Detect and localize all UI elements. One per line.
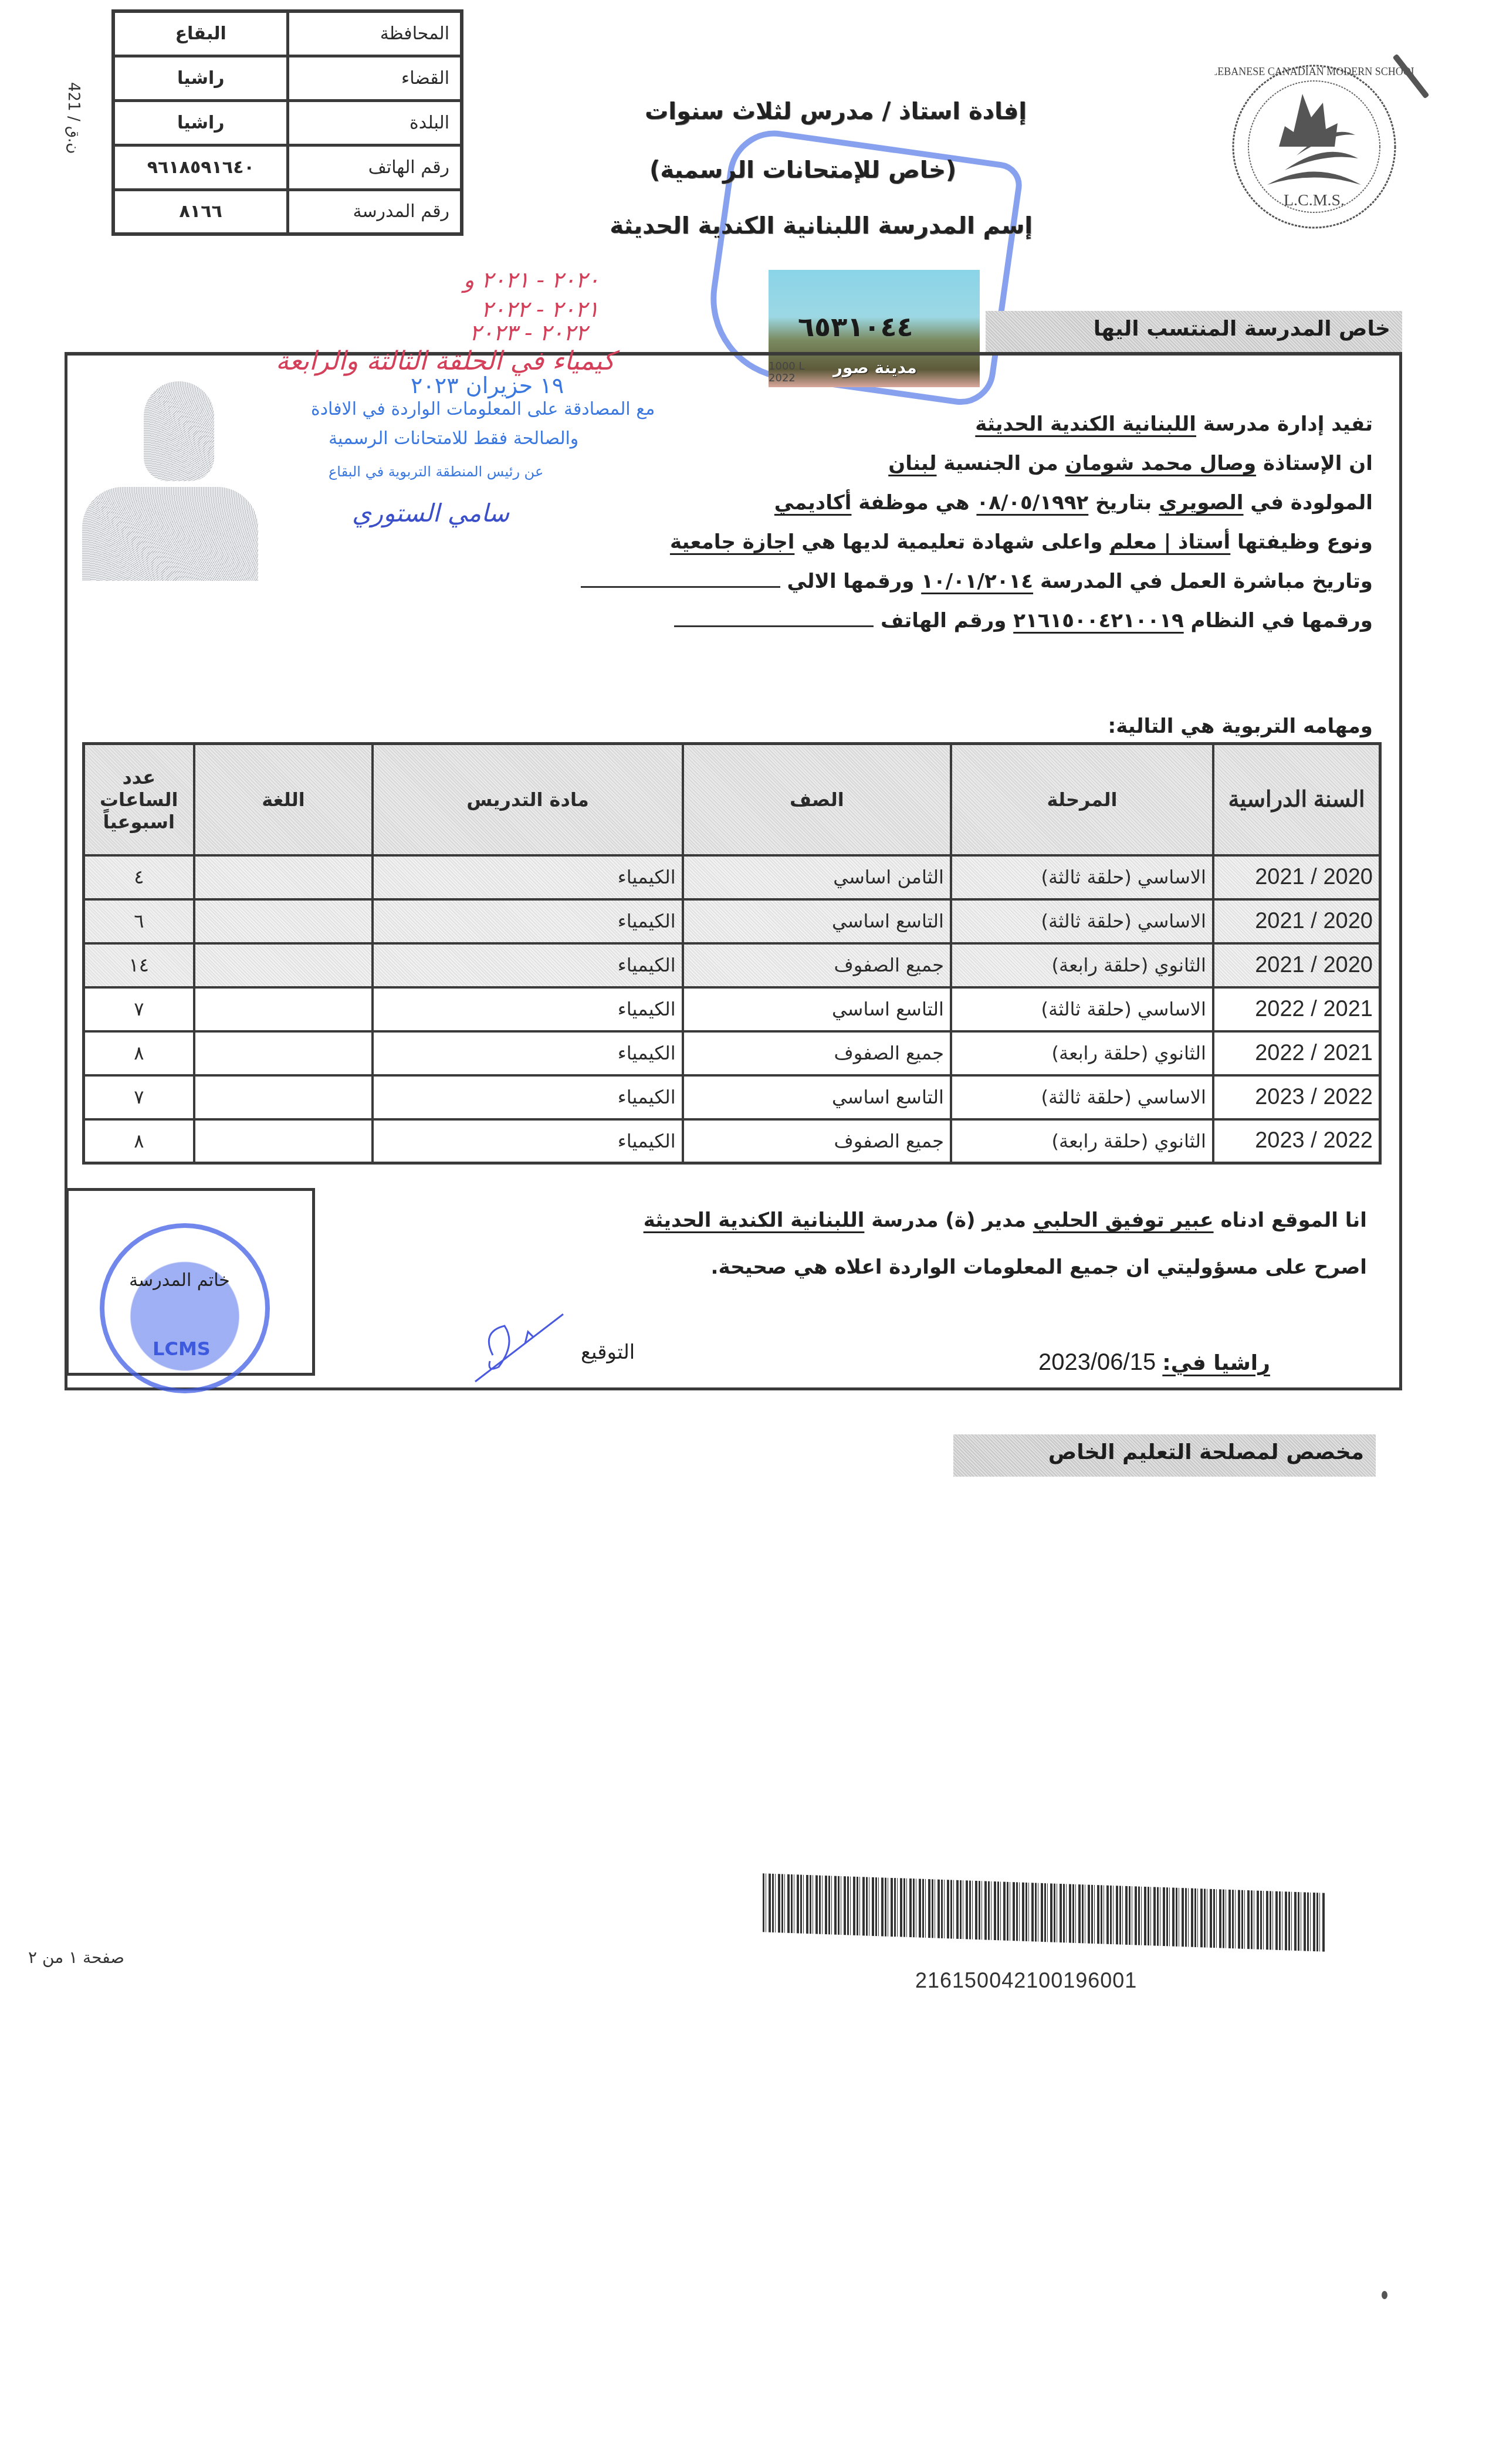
cell-subject: الكيمياء [373, 1075, 682, 1119]
photo-placeholder-head [144, 381, 214, 481]
issue-date: 2023/06/15 [1038, 1349, 1156, 1375]
body-line-1: تفيد إدارة مدرسة اللبنانية الكندية الحدي… [551, 405, 1373, 444]
job-type: أستاذ | معلم [1109, 530, 1230, 554]
barcode-number: 216150042100196001 [915, 1968, 1137, 1993]
title-line-2: (خاص للإمتحانات الرسمية) [649, 158, 956, 182]
cell-stage: الاساسي (حلقة ثالثة) [951, 987, 1213, 1031]
cell-class: التاسع اساسي [683, 987, 951, 1031]
teaching-tasks-table: السنة الدراسية المرحلة الصف مادة التدريس… [82, 742, 1382, 1165]
cell-stage: الاساسي (حلقة ثالثة) [951, 1075, 1213, 1119]
teacher-name: وصال محمد شومان [1065, 452, 1257, 475]
declaration-line-2: اصرح على مسؤوليتي ان جميع المعلومات الوا… [644, 1244, 1367, 1291]
cell-year: 2022 / 2023 [1213, 1119, 1380, 1163]
table-row: 2020 / 2021 الثانوي (حلقة رابعة) جميع ال… [84, 943, 1380, 987]
cell-subject: الكيمياء [373, 1119, 682, 1163]
cell-language [194, 899, 373, 943]
info-label: البلدة [288, 100, 462, 145]
place-date: راشيا في: 2023/06/15 [1038, 1349, 1270, 1376]
school-logo-icon: L.C.M.S. LEBANESE CANADIAN MODERN SCHOOL [1214, 59, 1414, 235]
info-row-phone: ٩٦١٨٥٩١٦٤٠ رقم الهاتف [113, 145, 462, 189]
school-name: اللبنانية الكندية الحديثة [975, 412, 1196, 436]
table-header-row: السنة الدراسية المرحلة الصف مادة التدريس… [84, 744, 1380, 855]
seal-abbr: LCMS [153, 1338, 211, 1360]
section-header-school: خاص المدرسة المنتسب اليها [986, 311, 1402, 356]
auto-number-blank [581, 571, 780, 588]
director-name: عبير توفيق الحلبي [1033, 1209, 1214, 1232]
text: وتاريخ مباشرة العمل في المدرسة [1033, 570, 1373, 593]
table-row: 2021 / 2022 الثانوي (حلقة رابعة) جميع ال… [84, 1031, 1380, 1075]
cell-language [194, 943, 373, 987]
cell-language [194, 855, 373, 899]
text: واعلى شهادة تعليمية لديها هي [794, 530, 1109, 554]
photo-placeholder-body [82, 487, 258, 581]
declaration-school: اللبنانية الكندية الحديثة [644, 1209, 865, 1232]
cell-hours: ١٤ [84, 943, 194, 987]
header-subject: مادة التدريس [373, 744, 682, 855]
header-language: اللغة [194, 744, 373, 855]
cell-year: 2020 / 2021 [1213, 855, 1380, 899]
header-hours: عدد الساعات اسبوعياً [84, 744, 194, 855]
info-value: راشيا [113, 100, 288, 145]
cell-hours: ٦ [84, 899, 194, 943]
place-label: راشيا في: [1162, 1351, 1270, 1375]
cell-language [194, 987, 373, 1031]
info-row-town: راشيا البلدة [113, 100, 462, 145]
info-row-governorate: البقاع المحافظة [113, 11, 462, 56]
cell-hours: ٨ [84, 1031, 194, 1075]
employee-type: أكاديمي [774, 491, 852, 515]
side-reference: 421 / ن.ق [65, 82, 82, 154]
cell-year: 2020 / 2021 [1213, 899, 1380, 943]
barcode-icon [763, 1873, 1326, 1952]
cell-hours: ٧ [84, 1075, 194, 1119]
certificate-body: تفيد إدارة مدرسة اللبنانية الكندية الحدي… [551, 405, 1373, 641]
approval-signer: سامي الستوري [352, 499, 509, 527]
cell-language [194, 1119, 373, 1163]
cell-subject: الكيمياء [373, 943, 682, 987]
cell-subject: الكيمياء [373, 1031, 682, 1075]
section-header-private-education: مخصص لمصلحة التعليم الخاص [953, 1434, 1376, 1477]
body-line-4: ونوع وظيفتها أستاذ | معلم واعلى شهادة تع… [551, 523, 1373, 562]
info-value: البقاع [113, 11, 288, 56]
degree: اجازة جامعية [670, 530, 794, 554]
info-row-district: راشيا القضاء [113, 56, 462, 100]
cell-class: جميع الصفوف [683, 1031, 951, 1075]
nationality: لبنان [888, 452, 936, 475]
scan-speck [1382, 2291, 1387, 2299]
approval-line-3: عن رئيس المنطقة التربوية في البقاع [329, 463, 543, 480]
handwritten-years-1: ٢٠٢٠ - ٢٠٢١ و [463, 267, 600, 293]
fiscal-stamp-serial: ٦٥٣١٠٤٤ [798, 311, 913, 343]
info-row-school-number: ٨١٦٦ رقم المدرسة [113, 189, 462, 234]
header-class: الصف [683, 744, 951, 855]
cell-subject: الكيمياء [373, 855, 682, 899]
handwritten-note: كيمياء في الحلقة الثالثة والرابعة [276, 346, 615, 376]
start-date: ١٠/٠١/٢٠١٤ [921, 570, 1033, 593]
info-label: رقم المدرسة [288, 189, 462, 234]
body-line-2: ان الإستاذة وصال محمد شومان من الجنسية ل… [551, 444, 1373, 483]
cell-stage: الاساسي (حلقة ثالثة) [951, 855, 1213, 899]
header-year: السنة الدراسية [1213, 744, 1380, 855]
table-row: 2020 / 2021 الاساسي (حلقة ثالثة) التاسع … [84, 899, 1380, 943]
text: بتاريخ [1088, 491, 1159, 515]
text: مدير (ة) مدرسة [864, 1209, 1033, 1232]
body-line-3: المولودة في الصويري بتاريخ ٠٨/٠٥/١٩٩٢ هي… [551, 483, 1373, 523]
text: المولودة في [1244, 491, 1373, 515]
header-stage: المرحلة [951, 744, 1213, 855]
info-value: ٨١٦٦ [113, 189, 288, 234]
table-row: 2022 / 2023 الثانوي (حلقة رابعة) جميع ال… [84, 1119, 1380, 1163]
text: هي موظفة [851, 491, 976, 515]
phone-blank [674, 611, 874, 627]
cell-stage: الثانوي (حلقة رابعة) [951, 1119, 1213, 1163]
seal-label: خاتم المدرسة [129, 1270, 230, 1291]
cell-hours: ٨ [84, 1119, 194, 1163]
text: تفيد إدارة مدرسة [1196, 412, 1373, 436]
table-row: 2021 / 2022 الاساسي (حلقة ثالثة) التاسع … [84, 987, 1380, 1031]
text: ونوع وظيفتها [1230, 530, 1373, 554]
cell-stage: الثانوي (حلقة رابعة) [951, 943, 1213, 987]
cell-class: جميع الصفوف [683, 943, 951, 987]
cell-class: جميع الصفوف [683, 1119, 951, 1163]
signature-icon [469, 1308, 569, 1385]
handwritten-years-2: ٢٠٢١ - ٢٠٢٢ [481, 296, 599, 322]
cell-language [194, 1031, 373, 1075]
info-label: المحافظة [288, 11, 462, 56]
tasks-label: ومهامه التربوية هي التالية: [1108, 715, 1373, 738]
table-row: 2020 / 2021 الاساسي (حلقة ثالثة) الثامن … [84, 855, 1380, 899]
approval-line-2: والصالحة فقط للامتحانات الرسمية [329, 428, 578, 449]
svg-text:L.C.M.S.: L.C.M.S. [1284, 191, 1345, 209]
school-info-table: البقاع المحافظة راشيا القضاء راشيا البلد… [111, 9, 463, 236]
info-value: راشيا [113, 56, 288, 100]
info-value: ٩٦١٨٥٩١٦٤٠ [113, 145, 288, 189]
svg-text:LEBANESE CANADIAN MODERN SCHOO: LEBANESE CANADIAN MODERN SCHOOL [1214, 66, 1414, 77]
title-line-3: إسم المدرسة اللبنانية الكندية الحديثة [610, 214, 1033, 238]
text: ورقمها في النظام [1184, 609, 1373, 632]
signature-label: التوقيع [581, 1341, 635, 1364]
system-number: ٢١٦١٥٠٠٤٢١٠٠١٩ [1013, 609, 1184, 632]
cell-year: 2022 / 2023 [1213, 1075, 1380, 1119]
cell-class: الثامن اساسي [683, 855, 951, 899]
info-label: القضاء [288, 56, 462, 100]
birthdate: ٠٨/٠٥/١٩٩٢ [976, 491, 1088, 515]
cell-subject: الكيمياء [373, 899, 682, 943]
cell-class: التاسع اساسي [683, 1075, 951, 1119]
cell-hours: ٤ [84, 855, 194, 899]
text: ورقمها الالي [780, 570, 922, 593]
body-line-5: وتاريخ مباشرة العمل في المدرسة ١٠/٠١/٢٠١… [551, 562, 1373, 601]
text: انا الموقع ادناه [1214, 1209, 1367, 1232]
text: من الجنسية [937, 452, 1065, 475]
text: ان الإستاذة [1256, 452, 1373, 475]
table-row: 2022 / 2023 الاساسي (حلقة ثالثة) التاسع … [84, 1075, 1380, 1119]
cell-hours: ٧ [84, 987, 194, 1031]
cell-class: التاسع اساسي [683, 899, 951, 943]
body-line-6: ورقمها في النظام ٢١٦١٥٠٠٤٢١٠٠١٩ ورقم اله… [551, 601, 1373, 641]
declaration-line-1: انا الموقع ادناه عبير توفيق الحلبي مدير … [644, 1197, 1367, 1244]
director-declaration: انا الموقع ادناه عبير توفيق الحلبي مدير … [644, 1197, 1367, 1291]
handwritten-years-3: ٢٠٢٢ - ٢٠٢٣ [469, 320, 587, 346]
cell-stage: الاساسي (حلقة ثالثة) [951, 899, 1213, 943]
birthplace: الصويري [1159, 491, 1243, 515]
cell-year: 2021 / 2022 [1213, 1031, 1380, 1075]
text: ورقم الهاتف [874, 609, 1013, 632]
info-label: رقم الهاتف [288, 145, 462, 189]
title-line-1: إفادة استاذ / مدرس لثلاث سنوات [645, 100, 1027, 123]
cell-language [194, 1075, 373, 1119]
cell-subject: الكيمياء [373, 987, 682, 1031]
page-number: صفحة ١ من ٢ [28, 1948, 124, 1967]
approval-date: ١٩ حزيران ٢٠٢٣ [411, 373, 564, 398]
cell-year: 2020 / 2021 [1213, 943, 1380, 987]
cell-stage: الثانوي (حلقة رابعة) [951, 1031, 1213, 1075]
school-seal-stamp-icon [100, 1223, 270, 1393]
cell-year: 2021 / 2022 [1213, 987, 1380, 1031]
